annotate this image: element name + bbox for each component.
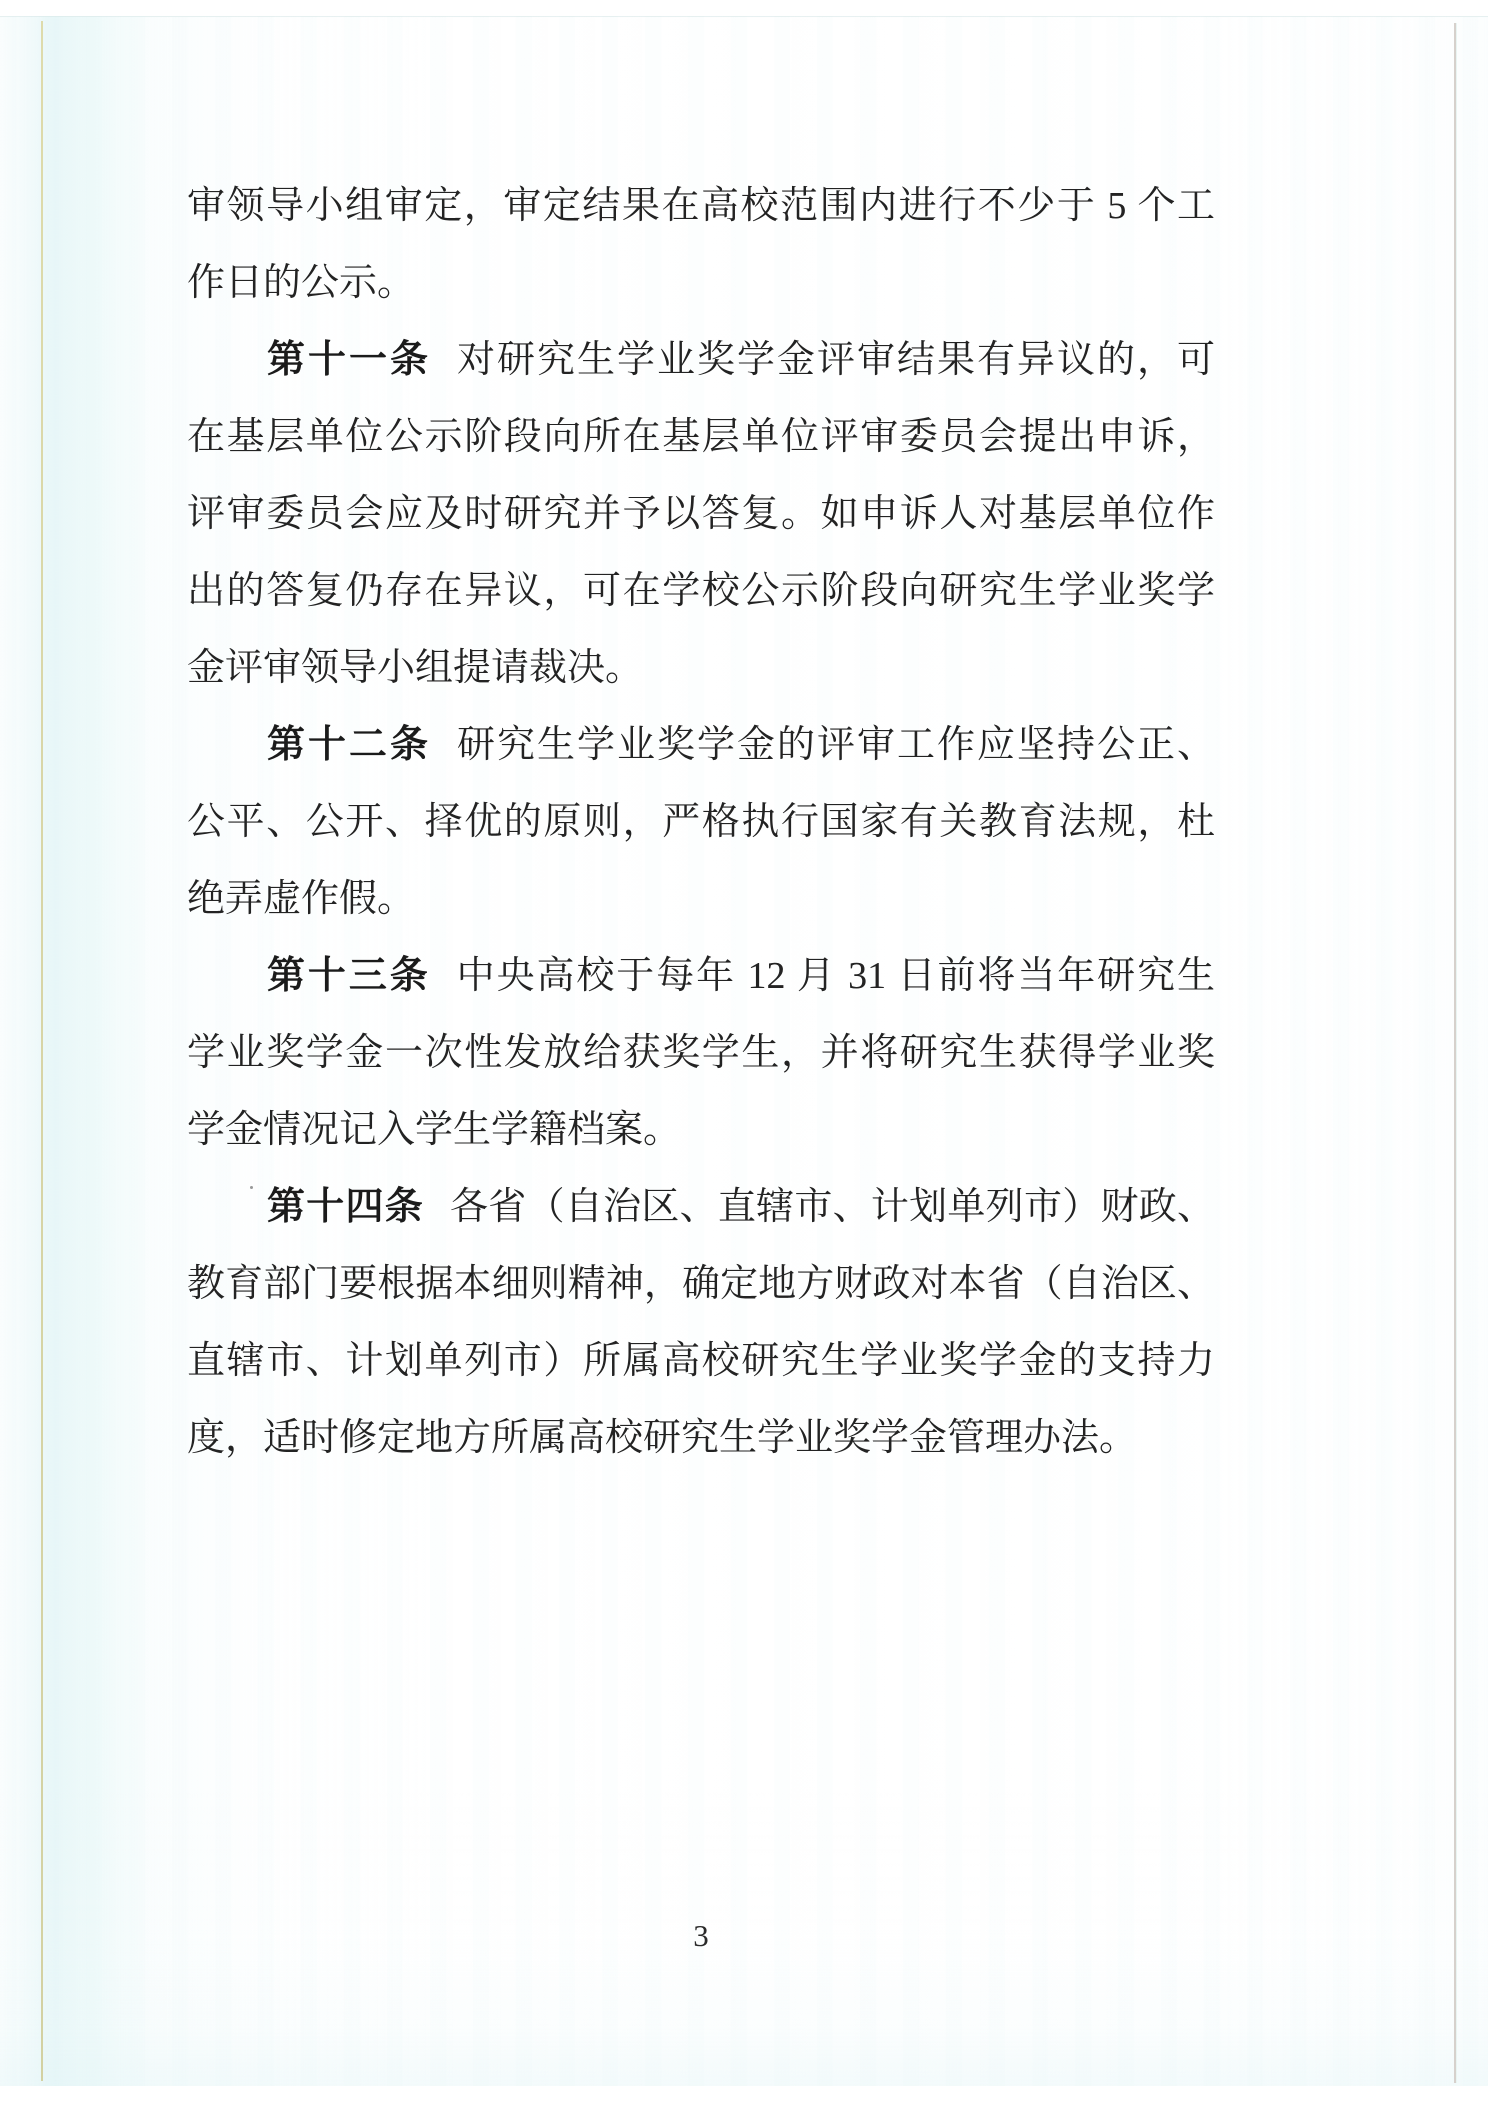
line-text: 研究生学业奖学金的评审工作应坚持公正、 [457,724,1215,766]
page-number: 3 [187,1918,1215,1954]
text-line: 金评审领导小组提请裁决。 [187,630,1215,707]
text-line: 教育部门要根据本细则精神，确定地方财政对本省（自治区、 [187,1246,1215,1323]
text-line: 第十二条研究生学业奖学金的评审工作应坚持公正、 [187,707,1215,784]
document-page: 审领导小组审定，审定结果在高校范围内进行不少于 5 个工作日的公示。第十一条对研… [0,0,1488,2106]
text-line: 公平、公开、择优的原则，严格执行国家有关教育法规，杜 [187,784,1215,861]
text-line: 学业奖学金一次性发放给获奖学生，并将研究生获得学业奖 [187,1015,1215,1092]
line-text: 对研究生学业奖学金评审结果有异议的，可 [457,339,1215,381]
text-line: 作日的公示。 [187,245,1215,322]
article-number: 第十四条 [267,1186,424,1228]
left-edge-line [41,21,43,2081]
text-line: 评审委员会应及时研究并予以答复。如申诉人对基层单位作 [187,476,1215,553]
text-line: 出的答复仍存在异议，可在学校公示阶段向研究生学业奖学 [187,553,1215,630]
text-line: 度，适时修定地方所属高校研究生学业奖学金管理办法。 [187,1400,1215,1477]
right-edge-line [1454,23,1457,2083]
article-number: 第十二条 [267,724,431,766]
document-text: 审领导小组审定，审定结果在高校范围内进行不少于 5 个工作日的公示。第十一条对研… [187,168,1215,1477]
text-line: 在基层单位公示阶段向所在基层单位评审委员会提出申诉， [187,399,1215,476]
text-line: 第十三条中央高校于每年 12 月 31 日前将当年研究生 [187,938,1215,1015]
text-line: 第十四条各省（自治区、直辖市、计划单列市）财政、 [187,1169,1215,1246]
text-line: 直辖市、计划单列市）所属高校研究生学业奖学金的支持力 [187,1323,1215,1400]
text-line: 第十一条对研究生学业奖学金评审结果有异议的，可 [187,322,1215,399]
text-line: 审领导小组审定，审定结果在高校范围内进行不少于 5 个工 [187,168,1215,245]
line-text: 各省（自治区、直辖市、计划单列市）财政、 [450,1186,1215,1228]
text-line: 绝弄虚作假。 [187,861,1215,938]
article-number: 第十三条 [267,955,431,997]
line-text: 中央高校于每年 12 月 31 日前将当年研究生 [457,955,1215,997]
text-line: 学金情况记入学生学籍档案。 [187,1092,1215,1169]
article-number: 第十一条 [267,339,431,381]
